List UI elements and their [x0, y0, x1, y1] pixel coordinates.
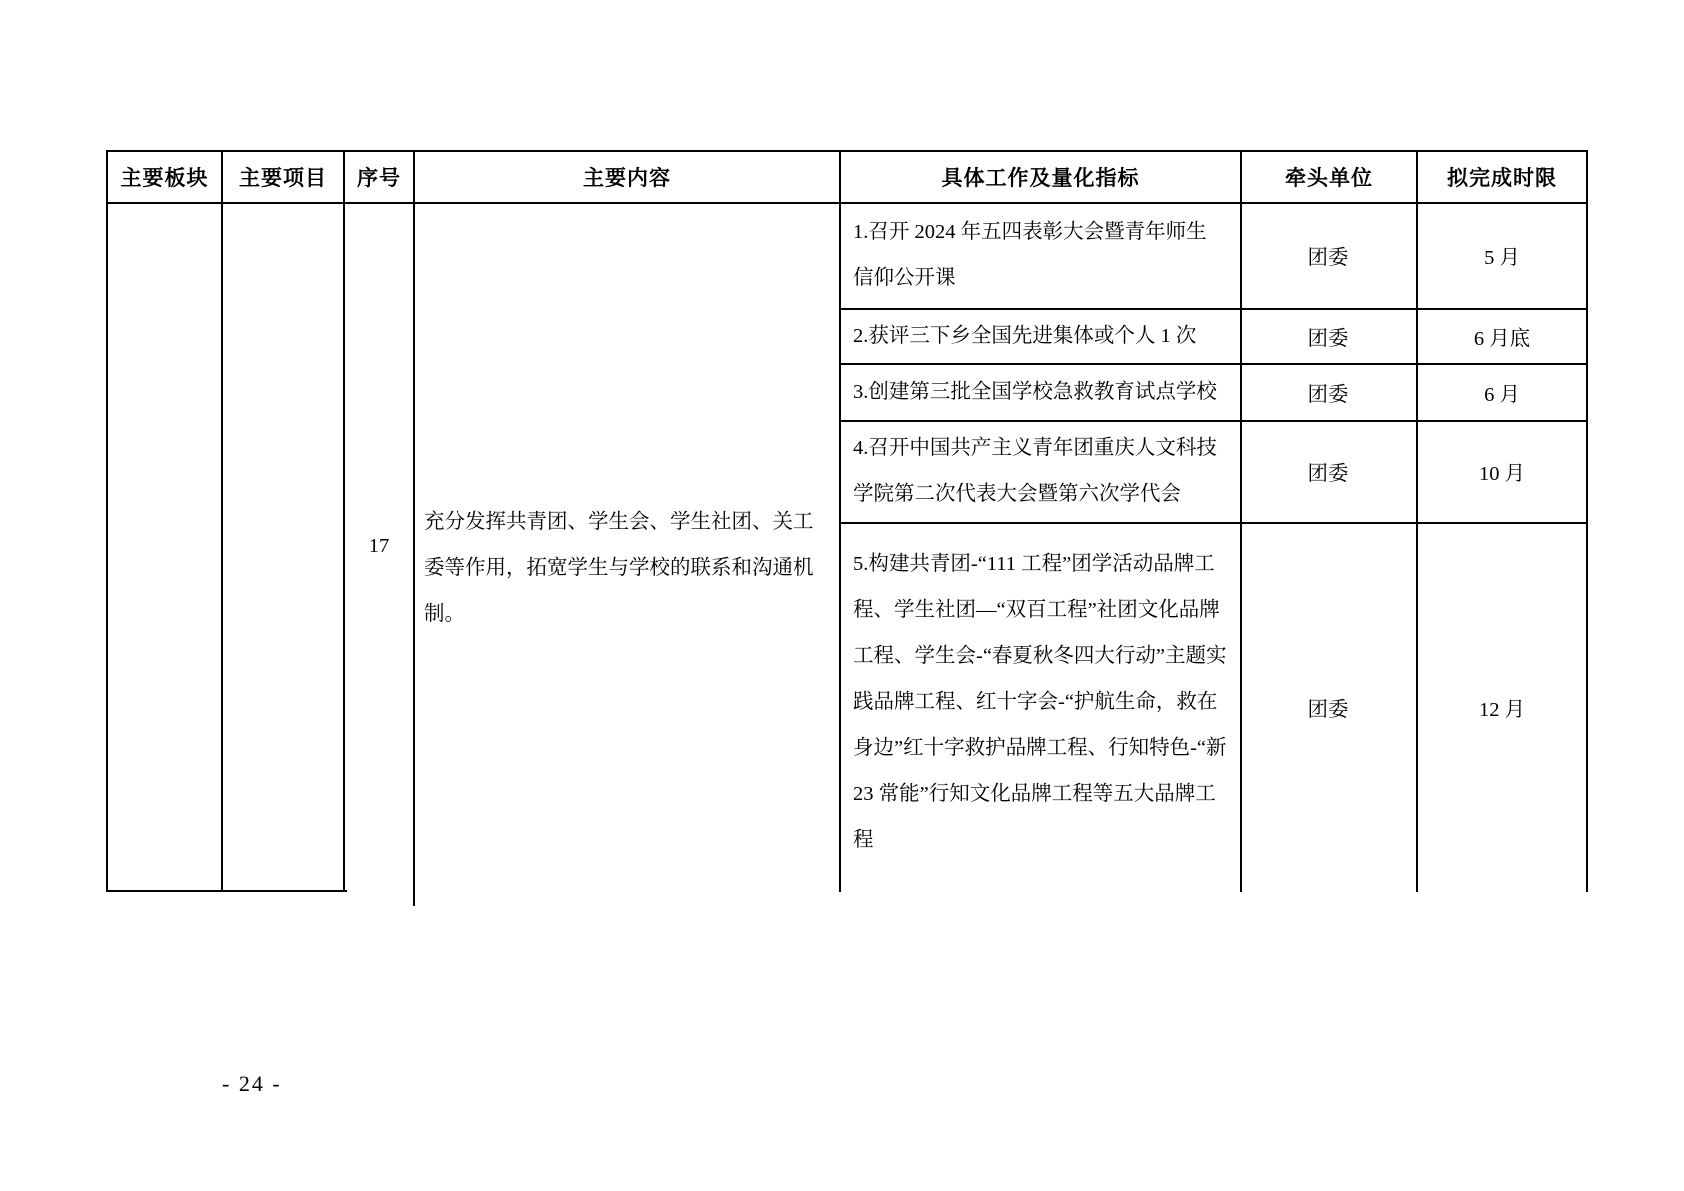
lead-unit-4: 团委: [1242, 422, 1414, 520]
main-section-cell: [106, 202, 223, 890]
header-main-project: 主要项目: [221, 150, 345, 204]
header-lead-unit: 牵头单位: [1240, 150, 1418, 204]
lead-unit-2: 团委: [1242, 310, 1414, 361]
task-text-4: 4.召开中国共产主义青年团重庆人文科技 学院第二次代表大会暨第六次学代会: [841, 422, 1240, 520]
header-specific-work: 具体工作及量化指标: [839, 150, 1242, 204]
task-text-1: 1.召开 2024 年五四表彰大会暨青年师生 信仰公开课: [841, 204, 1240, 306]
task-text-3: 3.创建第三批全国学校急救教育试点学校: [841, 365, 1240, 418]
header-deadline: 拟完成时限: [1416, 150, 1588, 204]
deadline-3: 6 月: [1418, 365, 1586, 418]
deadline-1: 5 月: [1418, 204, 1586, 306]
page-number: - 24 -: [222, 1068, 322, 1100]
serial-number-cell: 17: [343, 202, 415, 890]
lead-unit-5: 团委: [1242, 524, 1414, 890]
lead-unit-1: 团委: [1242, 204, 1414, 306]
task-text-2: 2.获评三下乡全国先进集体或个人 1 次: [841, 310, 1240, 361]
deadline-2: 6 月底: [1418, 310, 1586, 361]
deadline-4: 10 月: [1418, 422, 1586, 520]
header-main-section: 主要板块: [106, 150, 223, 204]
task-text-5: 5.构建共青团-“111 工程”团学活动品牌工 程、学生社团—“双百工程”社团文…: [841, 524, 1240, 890]
header-main-content: 主要内容: [413, 150, 841, 204]
header-serial-number: 序号: [343, 150, 415, 204]
main-content-cell: 充分发挥共青团、学生会、学生社团、关工 委等作用，拓宽学生与学校的联系和沟通机 …: [424, 499, 828, 637]
grid-line-table-bottom-partial: [106, 890, 347, 892]
main-project-cell: [221, 202, 345, 890]
document-page: 主要板块 主要项目 序号 主要内容 具体工作及量化指标 牵头单位 拟完成时限 1…: [0, 0, 1684, 1191]
lead-unit-3: 团委: [1242, 365, 1414, 418]
grid-line-right-edge: [1586, 150, 1588, 892]
deadline-5: 12 月: [1418, 524, 1586, 890]
